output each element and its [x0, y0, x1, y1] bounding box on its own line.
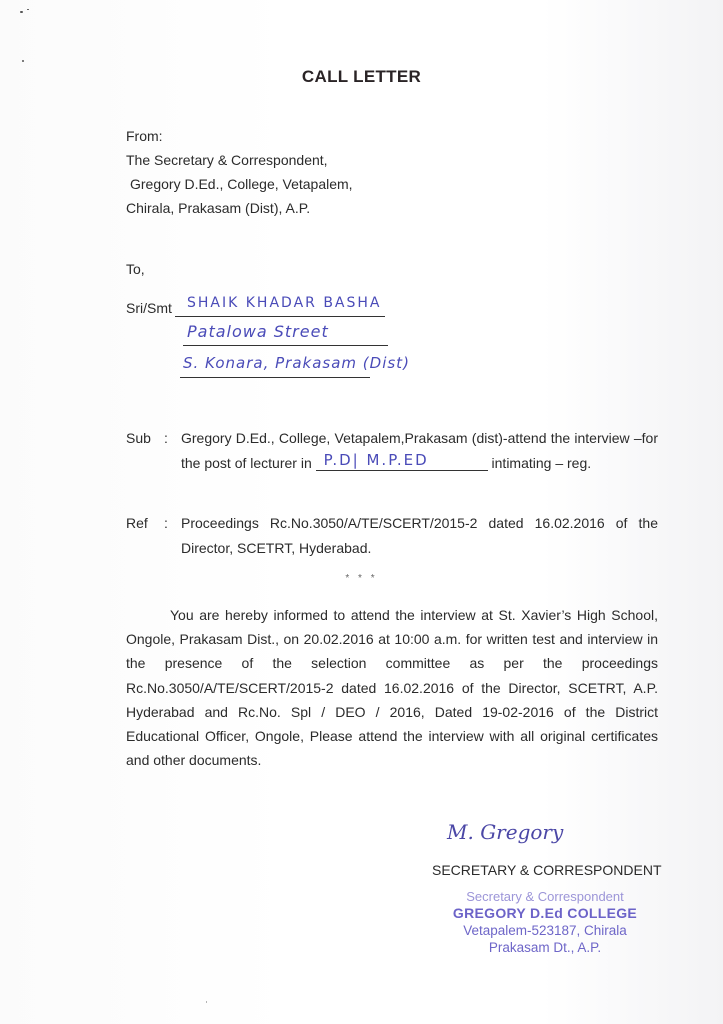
- subject-text-end: intimating – reg.: [492, 455, 592, 471]
- reference-colon: :: [164, 515, 168, 531]
- from-label: From:: [126, 128, 163, 144]
- stamp-line-2: GREGORY D.Ed COLLEGE: [440, 905, 650, 922]
- address-line-1-underline: [183, 345, 388, 346]
- to-label: To,: [126, 261, 145, 277]
- section-separator: * * *: [0, 573, 723, 584]
- address-line-2-underline: [180, 377, 370, 378]
- reference-label: Ref: [126, 515, 148, 531]
- recipient-name-underline: [175, 316, 385, 317]
- subject-label: Sub: [126, 430, 151, 446]
- body-paragraph: You are hereby informed to attend the in…: [126, 603, 658, 772]
- signatory-title: SECRETARY & CORRESPONDENT: [432, 862, 662, 878]
- subject-colon: :: [164, 430, 168, 446]
- reference-text: Proceedings Rc.No.3050/A/TE/SCERT/2015-2…: [181, 511, 658, 560]
- scan-speck: [27, 9, 29, 10]
- salutation-label: Sri/Smt: [126, 300, 172, 316]
- from-line-3: Chirala, Prakasam (Dist), A.P.: [126, 200, 310, 216]
- scan-speck: [206, 1001, 207, 1003]
- handwritten-recipient-name: SHAIK KHADAR BASHA: [187, 295, 382, 311]
- handwritten-address-line-2: S. Konara, Prakasam (Dist): [183, 354, 410, 372]
- document-title: CALL LETTER: [0, 67, 723, 87]
- scan-speck: [22, 60, 24, 62]
- official-stamp: Secretary & Correspondent GREGORY D.Ed C…: [440, 888, 650, 956]
- stamp-line-3: Vetapalem-523187, Chirala: [440, 922, 650, 939]
- from-line-2: Gregory D.Ed., College, Vetapalem,: [130, 176, 353, 192]
- handwritten-address-line-1: Patalowa Street: [187, 322, 329, 341]
- scanned-letter-page: CALL LETTER From: The Secretary & Corres…: [0, 0, 723, 1024]
- stamp-line-4: Prakasam Dt., A.P.: [440, 939, 650, 956]
- subject-text: Gregory D.Ed., College, Vetapalem,Prakas…: [181, 426, 658, 475]
- from-line-1: The Secretary & Correspondent,: [126, 152, 328, 168]
- scan-speck: [20, 11, 23, 13]
- handwritten-post: P.D| M.P.ED: [324, 448, 429, 473]
- stamp-line-1: Secretary & Correspondent: [440, 888, 650, 905]
- post-blank-field: P.D| M.P.ED: [316, 454, 488, 471]
- handwritten-signature: M. Gregory: [447, 820, 563, 844]
